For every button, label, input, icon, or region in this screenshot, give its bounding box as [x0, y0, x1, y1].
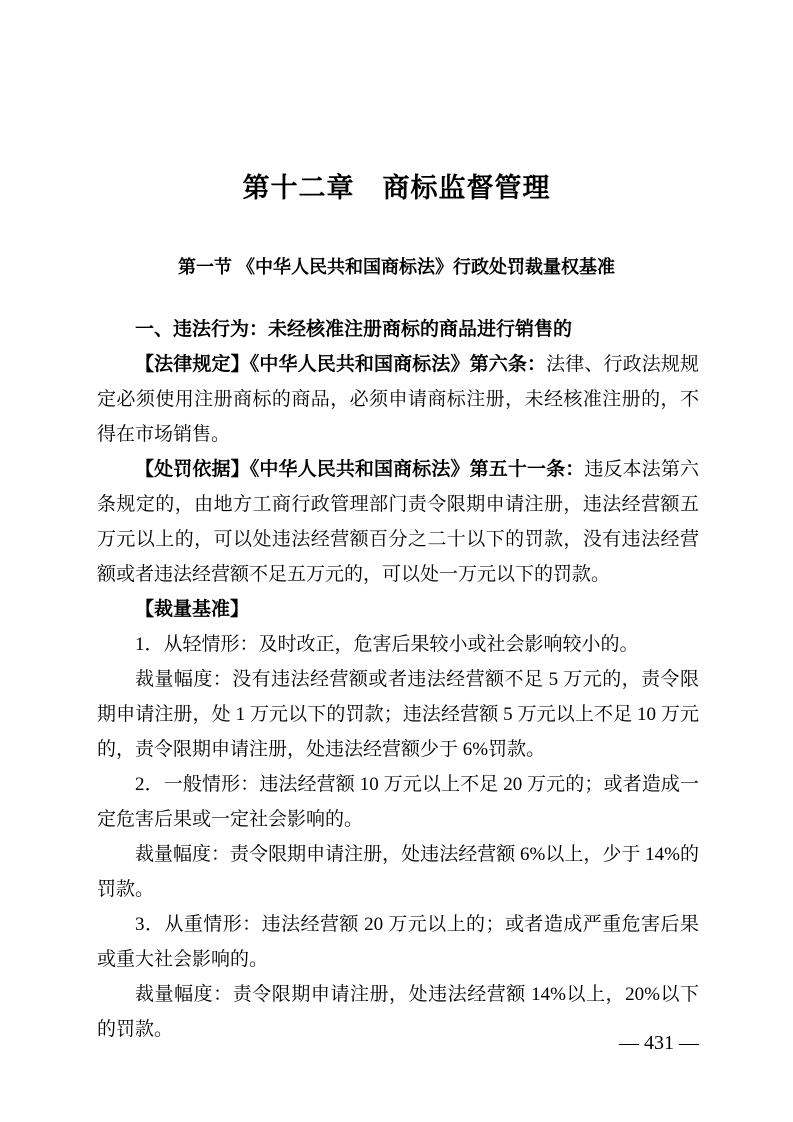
text-segment: 1．从轻情形：及时改正，危害后果较小或社会影响较小的。 — [135, 634, 639, 655]
text-segment: 裁量幅度：没有违法经营额或者违法经营额不足 5 万元的，责令限期申请注册，处 1… — [97, 669, 699, 760]
text-segment: 3．从重情形：违法经营额 20 万元以上的；或者造成严重危害后果或重大社会影响的… — [97, 914, 699, 970]
chapter-title: 第十二章 商标监督管理 — [0, 170, 793, 206]
paragraph: 【处罚依据】《中华人民共和国商标法》第五十一条：违反本法第六条规定的，由地方工商… — [97, 452, 699, 592]
paragraph: 一、违法行为：未经核准注册商标的商品进行销售的 — [97, 312, 699, 347]
paragraph: 3．从重情形：违法经营额 20 万元以上的；或者造成严重危害后果或重大社会影响的… — [97, 907, 699, 977]
text-segment: 一、违法行为：未经核准注册商标的商品进行销售的 — [135, 319, 572, 340]
text-segment: 【法律规定】《中华人民共和国商标法》第六条： — [135, 354, 546, 375]
document-page: 第十二章 商标监督管理 第一节 《中华人民共和国商标法》行政处罚裁量权基准 一、… — [0, 0, 793, 1122]
paragraph: 1．从轻情形：及时改正，危害后果较小或社会影响较小的。 — [97, 627, 699, 662]
paragraph: 裁量幅度：没有违法经营额或者违法经营额不足 5 万元的，责令限期申请注册，处 1… — [97, 662, 699, 767]
paragraph: 【裁量基准】 — [97, 592, 699, 627]
text-segment: 【处罚依据】《中华人民共和国商标法》第五十一条： — [135, 459, 584, 480]
text-segment: 【裁量基准】 — [135, 599, 249, 620]
text-segment: 裁量幅度：责令限期申请注册，处违法经营额 6%以上，少于 14%的罚款。 — [97, 844, 699, 900]
section-title: 第一节 《中华人民共和国商标法》行政处罚裁量权基准 — [0, 254, 793, 280]
page-number: — 431 — — [97, 1032, 699, 1055]
paragraph: 裁量幅度：责令限期申请注册，处违法经营额 6%以上，少于 14%的罚款。 — [97, 837, 699, 907]
body-text: 一、违法行为：未经核准注册商标的商品进行销售的【法律规定】《中华人民共和国商标法… — [97, 312, 699, 1047]
text-segment: 2．一般情形：违法经营额 10 万元以上不足 20 万元的；或者造成一定危害后果… — [97, 774, 699, 830]
paragraph: 2．一般情形：违法经营额 10 万元以上不足 20 万元的；或者造成一定危害后果… — [97, 767, 699, 837]
paragraph: 【法律规定】《中华人民共和国商标法》第六条：法律、行政法规规定必须使用注册商标的… — [97, 347, 699, 452]
